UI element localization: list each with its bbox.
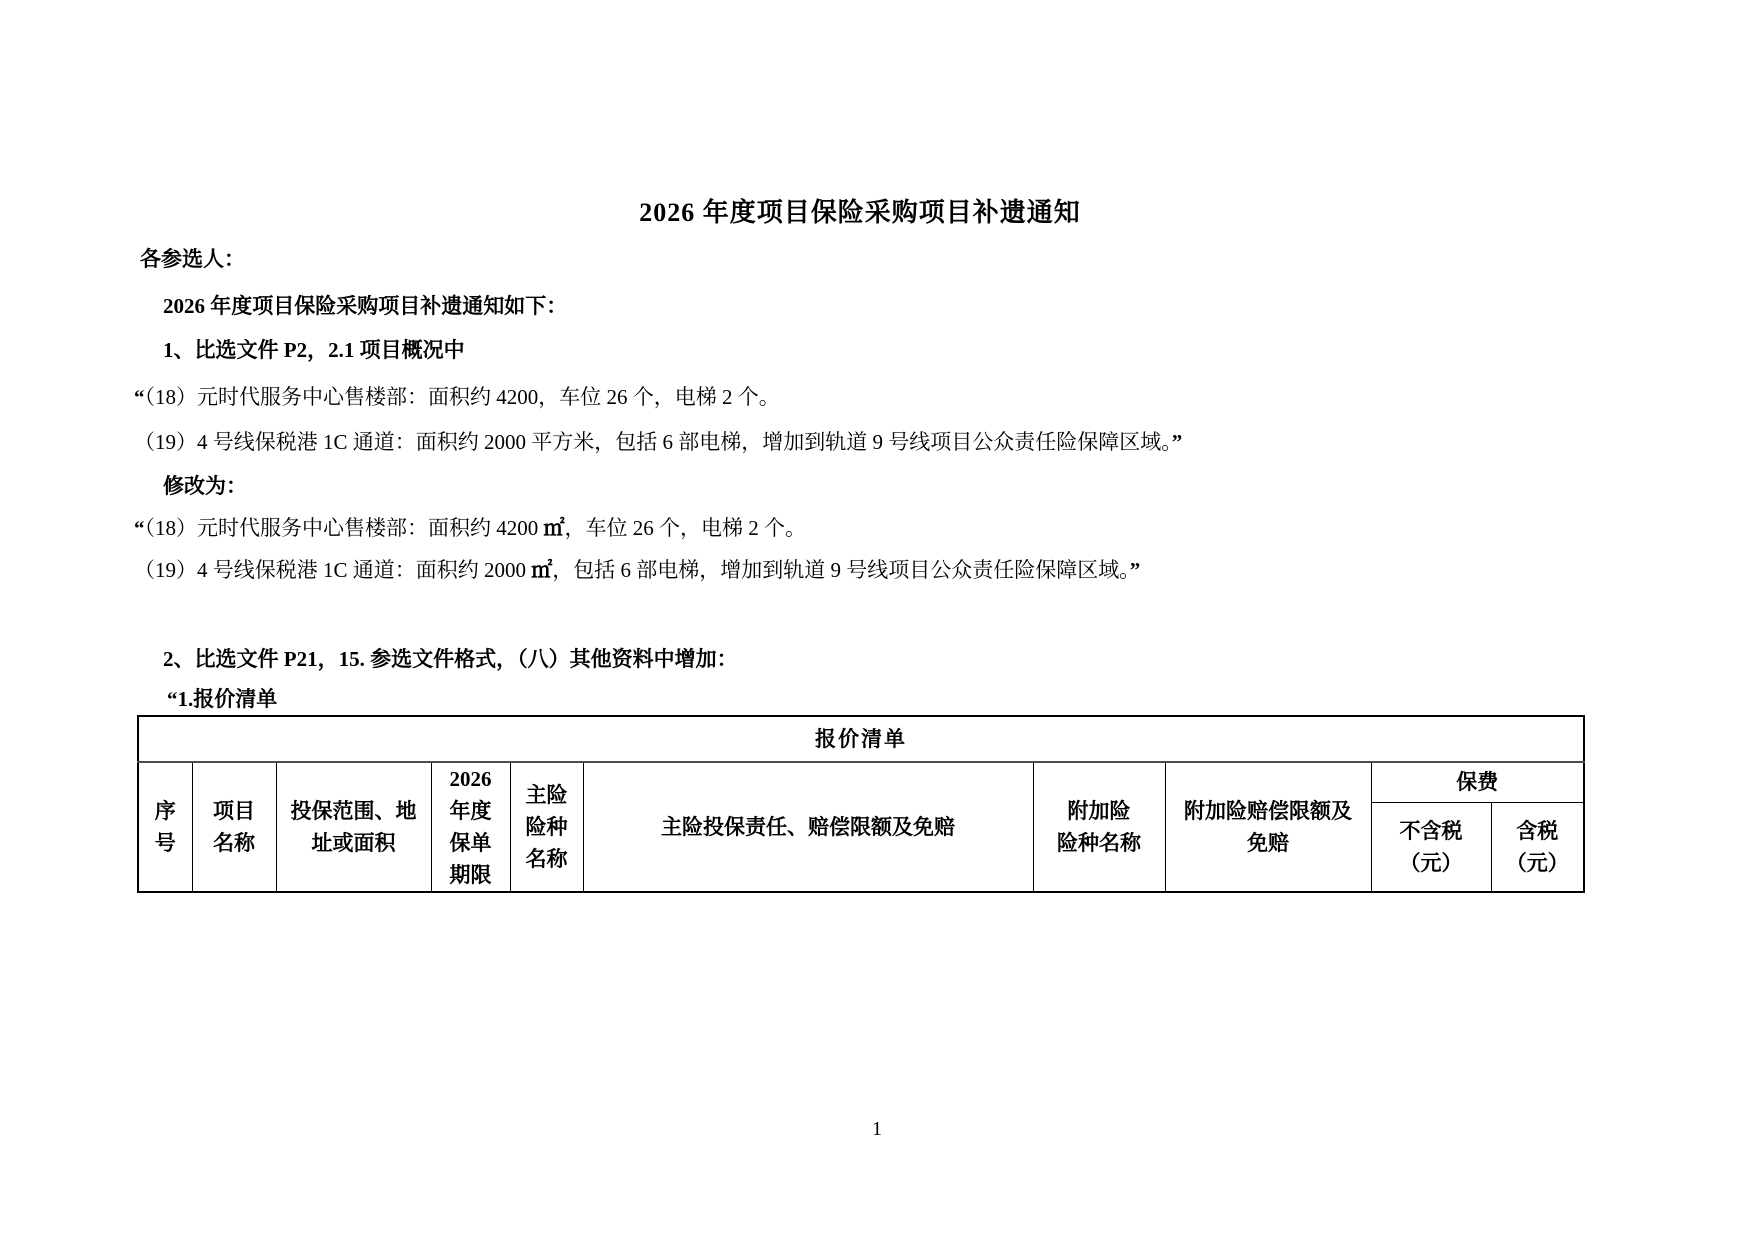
header-rider-name: 附加险 险种名称 <box>1033 762 1165 892</box>
document-page: 2026 年度项目保险采购项目补遗通知 各参选人： 2026 年度项目保险采购项… <box>0 0 1754 1241</box>
quotation-table: 报价清单 序 号 项目 名称 投保范围、地 址或面积 2026 年度 保单 期限… <box>137 715 1585 893</box>
modified-item-19-text-post: ，包括 6 部电梯，增加到轨道 9 号线项目公众责任险保障区域。 <box>552 558 1130 582</box>
header-rider-limit: 附加险赔偿限额及 免赔 <box>1165 762 1371 892</box>
header-main-insurance-name: 主险 险种 名称 <box>510 762 583 892</box>
modified-item-19-text-pre: （19）4 号线保税港 1C 通道：面积约 2000 <box>134 558 531 582</box>
table-caption: 报价清单 <box>138 716 1584 762</box>
page-number: 1 <box>0 1118 1754 1140</box>
header-project-name: 项目 名称 <box>192 762 276 892</box>
table-caption-row: 报价清单 <box>138 716 1584 762</box>
modified-item-18-text-pre: （18）元时代服务中心售楼部：面积约 4200 <box>145 516 544 540</box>
original-item-18-text: （18）元时代服务中心售楼部：面积约 4200，车位 26 个，电梯 2 个。 <box>145 385 780 409</box>
header-premium-incl-tax: 含税 （元） <box>1491 802 1584 892</box>
header-premium-group: 保费 <box>1371 762 1584 802</box>
modified-item-18-text-post: ，车位 26 个，电梯 2 个。 <box>565 516 807 540</box>
modified-item-19: （19）4 号线保税港 1C 通道：面积约 2000 ㎡，包括 6 部电梯，增加… <box>134 558 1140 582</box>
square-meter-unit: ㎡ <box>544 516 565 540</box>
open-quote-mark: “ <box>134 516 145 540</box>
open-quote-mark: “ <box>134 385 145 409</box>
close-quote-mark: ” <box>1130 558 1141 582</box>
header-policy-period: 2026 年度 保单 期限 <box>431 762 510 892</box>
original-item-18: “（18）元时代服务中心售楼部：面积约 4200，车位 26 个，电梯 2 个。 <box>134 385 780 409</box>
greeting: 各参选人： <box>140 247 245 271</box>
header-coverage-scope: 投保范围、地 址或面积 <box>276 762 431 892</box>
table-header-row: 序 号 项目 名称 投保范围、地 址或面积 2026 年度 保单 期限 主险 险… <box>138 762 1584 802</box>
close-quote-mark: ” <box>1172 430 1183 454</box>
section1-heading: 1、比选文件 P2，2.1 项目概况中 <box>163 338 465 362</box>
square-meter-unit: ㎡ <box>531 558 552 582</box>
section2-heading: 2、比选文件 P21，15. 参选文件格式，（八）其他资料中增加： <box>163 647 738 671</box>
header-premium-excl-tax: 不含税 （元） <box>1371 802 1491 892</box>
header-main-insurance-liability: 主险投保责任、赔偿限额及免赔 <box>583 762 1033 892</box>
original-item-19-text: （19）4 号线保税港 1C 通道：面积约 2000 平方米，包括 6 部电梯，… <box>134 430 1172 454</box>
modified-item-18: “（18）元时代服务中心售楼部：面积约 4200 ㎡，车位 26 个，电梯 2 … <box>134 516 806 540</box>
modify-label: 修改为： <box>163 474 247 498</box>
header-serial-number: 序 号 <box>138 762 192 892</box>
quotation-list-label: “1.报价清单 <box>167 687 277 711</box>
page-title: 2026 年度项目保险采购项目补遗通知 <box>137 199 1583 227</box>
original-item-19: （19）4 号线保税港 1C 通道：面积约 2000 平方米，包括 6 部电梯，… <box>134 430 1182 454</box>
intro-line: 2026 年度项目保险采购项目补遗通知如下： <box>163 294 567 318</box>
